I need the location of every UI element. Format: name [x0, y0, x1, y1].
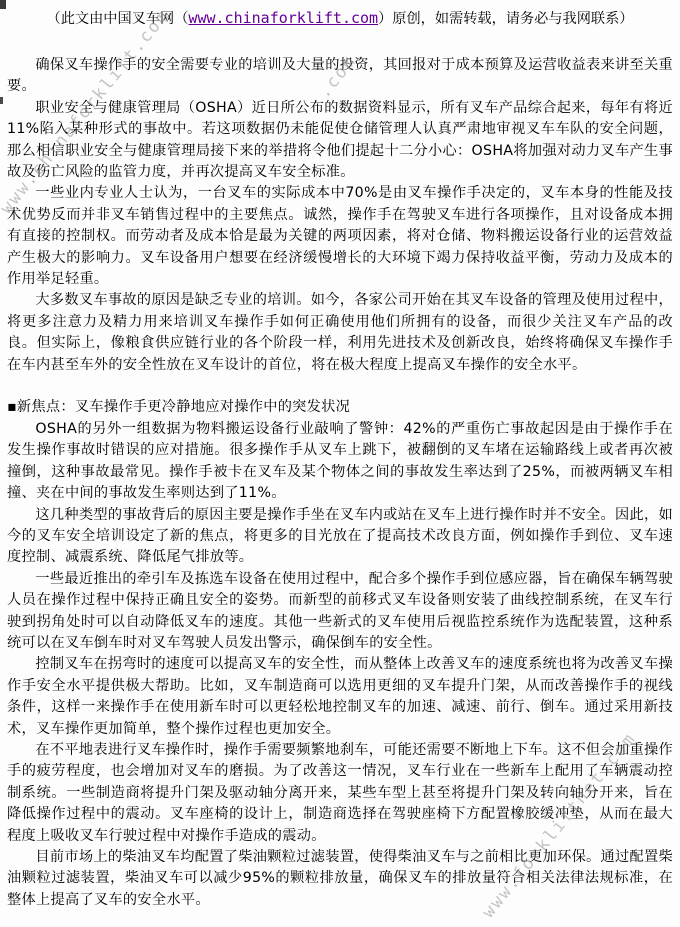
article-paragraph: OSHA的另外一组数据为物料搬运设备行业敲响了警钟：42%的严重伤亡事故起因是由… [7, 419, 673, 505]
screenshot-edge-artifact [0, 97, 3, 104]
chinaforklift-link[interactable]: www.chinaforklift.com [188, 9, 378, 27]
article-paragraph: 确保叉车操作手的安全需要专业的培训及大量的投资，其回报对于成本预算及运营收益表来… [7, 55, 673, 98]
document-page: { "page": { "background_color": "#fdfdfd… [0, 0, 680, 927]
article-paragraph: 一些最近推出的牵引车及拣选车设备在使用过程中，配合多个操作手到位感应器，旨在确保… [7, 569, 673, 655]
article-body: 确保叉车操作手的安全需要专业的培训及大量的投资，其回报对于成本预算及运营收益表来… [0, 55, 680, 911]
article-paragraph: 这几种类型的事故背后的原因主要是操作手坐在叉车内或站在叉车上进行操作时并不安全。… [7, 505, 673, 569]
screenshot-corner-artifact [0, 0, 6, 9]
article-paragraph: 职业安全与健康管理局（OSHA）近日所公布的数据资料显示，所有叉车产品综合起来，… [7, 98, 673, 184]
attribution-line: （此文由中国叉车网（www.chinaforklift.com）原创，如需转载，… [0, 0, 680, 29]
article-paragraph: 在不平地表进行叉车操作时，操作手需要频繁地刹车，可能还需要不断地上下车。这不但会… [7, 740, 673, 847]
attribution-suffix: ）原创，如需转载，请务必与我网联系） [378, 11, 633, 27]
section-header: ▪新焦点：叉车操作手更冷静地应对操作中的突发状况 [7, 397, 673, 418]
article-paragraph: 控制叉车在拐弯时的速度可以提高叉车的安全性，而从整体上改善叉车的速度系统也将为改… [7, 654, 673, 740]
article-paragraph: 一些业内专业人士认为，一台叉车的实际成本中70%是由叉车操作手决定的，叉车本身的… [7, 183, 673, 290]
article-paragraph: 大多数叉车事故的原因是缺乏专业的培训。如今，各家公司开始在其叉车设备的管理及使用… [7, 290, 673, 376]
attribution-prefix: （此文由中国叉车网（ [47, 11, 189, 27]
article-paragraph: 目前市场上的柴油叉车均配置了柴油颗粒过滤装置，使得柴油叉车与之前相比更加环保。通… [7, 847, 673, 911]
blank-line [7, 376, 673, 397]
